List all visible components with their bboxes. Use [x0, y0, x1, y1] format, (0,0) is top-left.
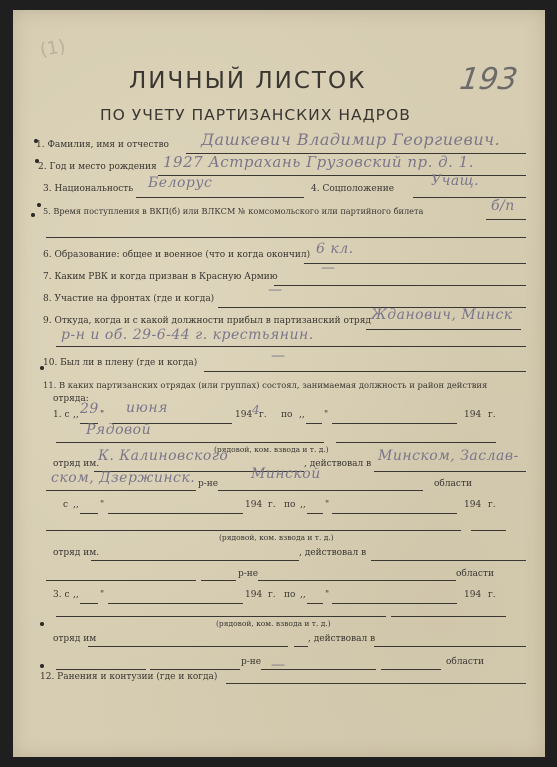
field-value[interactable]: — — [271, 657, 286, 673]
corner-mark: (1) — [38, 36, 67, 61]
field-value[interactable]: — — [271, 348, 286, 364]
field-label: 7. Каким РВК и когда призван в Красную А… — [43, 272, 278, 282]
field-wounds: 12. Ранения и контузии (где и когда) — — [36, 666, 536, 688]
region-value[interactable]: Минской — [251, 466, 321, 482]
field-value[interactable]: б/п — [491, 198, 515, 214]
position-value[interactable]: Рядовой — [86, 422, 151, 438]
field-education: 6. Образование: общее и военное (что и к… — [36, 244, 536, 266]
field-label: 9. Откуда, когда и с какой должности при… — [43, 316, 371, 326]
field-value[interactable]: Учащ. — [431, 173, 479, 189]
field-label: 4. Соцположение — [311, 184, 394, 194]
from-day[interactable]: 29 — [80, 401, 99, 417]
field-label: 12. Ранения и контузии (где и когда) — [40, 672, 217, 682]
unit-name[interactable]: К. Калиновского — [98, 448, 228, 464]
field-value[interactable]: Белорус — [148, 175, 212, 191]
field-value[interactable]: Дашкевич Владимир Георгиевич. — [201, 130, 500, 149]
field-label: 6. Образование: общее и военное (что и к… — [43, 250, 310, 260]
detachment-entry-2: с ,, " 194 г. по ,, " 194 г. (рядовой, к… — [36, 494, 536, 569]
detachment-entry-1: 1. с ,, 29 " июня 194 4 г. по ,, " 194 г… — [36, 404, 536, 494]
field-detachments-heading: 11. В каких партизанских отрядах (или гр… — [36, 374, 536, 404]
field-label: 10. Был ли в плену (где и когда) — [43, 358, 197, 368]
field-captivity: 10. Был ли в плену (где и когда) — — [36, 352, 536, 374]
document-title: ЛИЧНЫЙ ЛИСТОК — [129, 68, 366, 94]
acted-value[interactable]: Минском, Заслав- — [378, 448, 519, 464]
field-nationality-row: 3. Национальность Белорус 4. Соцположени… — [36, 178, 536, 200]
field-value-cont[interactable]: р-н и об. 29-6-44 г. крестьянин. — [61, 327, 314, 343]
field-label: 8. Участие на фронтах (где и когда) — [43, 294, 214, 304]
field-value[interactable]: Жданович, Минск — [371, 307, 513, 323]
field-label: 5. Время поступления в ВКП(б) или ВЛКСМ … — [43, 206, 423, 216]
district-value[interactable]: ском, Дзержинск. — [51, 470, 195, 486]
field-value[interactable]: 1927 Астрахань Грузовский пр. д. 1. — [163, 153, 474, 171]
from-month[interactable]: июня — [126, 400, 168, 416]
document-subtitle: ПО УЧЕТУ ПАРТИЗАНСКИХ НАДРОВ — [100, 106, 411, 124]
field-party: 5. Время поступления в ВКП(б) или ВЛКСМ … — [36, 200, 536, 240]
field-arrival: 9. Откуда, когда и с какой должности при… — [36, 310, 536, 352]
field-value[interactable]: 6 кл. — [316, 241, 354, 257]
field-label: 1. Фамилия, имя и отчество — [36, 140, 169, 150]
field-value[interactable]: — — [268, 282, 283, 298]
field-label: 3. Национальность — [43, 184, 133, 194]
field-label: 11. В каких партизанских отрядах (или гр… — [43, 380, 487, 390]
field-label: 2. Год и место рождения — [38, 162, 157, 172]
field-conscription: 7. Каким РВК и когда призван в Красную А… — [36, 266, 536, 288]
binder-dot — [31, 213, 35, 217]
document-page: (1) ЛИЧНЫЙ ЛИСТОК 193 ПО УЧЕТУ ПАРТИЗАНС… — [13, 10, 545, 757]
field-value[interactable]: — — [321, 260, 336, 276]
archive-number: 193 — [458, 62, 520, 97]
